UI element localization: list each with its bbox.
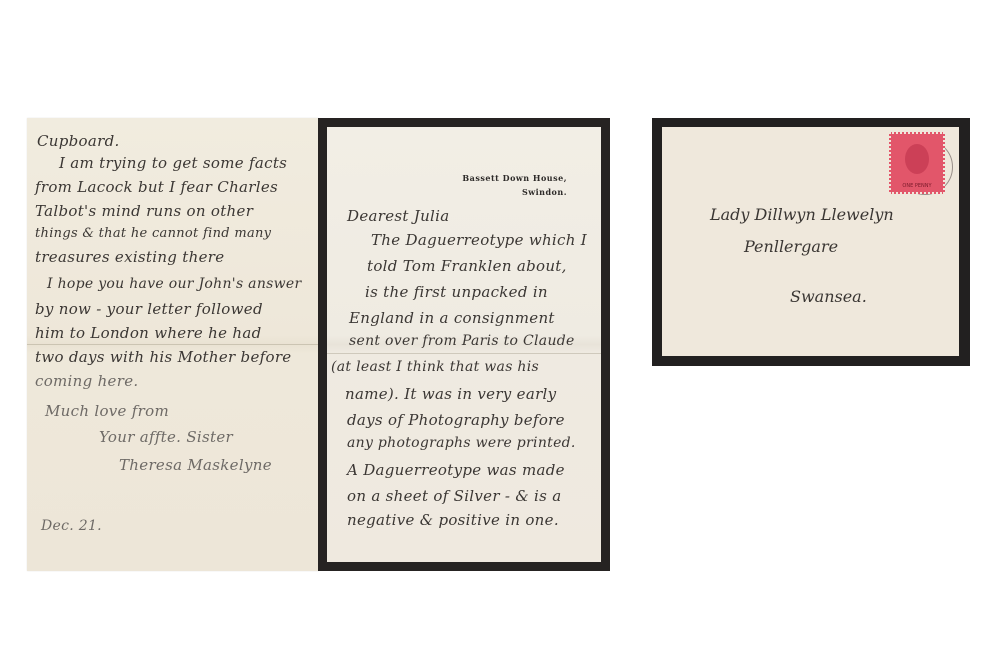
date-line: Dec. 21. (41, 518, 319, 534)
handwritten-line: is the first unpacked in (365, 283, 601, 301)
address-estate: Penllergare (744, 237, 838, 256)
handwritten-line: sent over from Paris to Claude (349, 333, 601, 349)
handwritten-line: (at least I think that was his (331, 359, 601, 375)
handwritten-line: coming here. (35, 372, 319, 390)
fold-crease (327, 353, 601, 354)
envelope-face: ONE PENNY Lady Dillwyn Llewelyn Penllerg… (662, 127, 959, 356)
handwritten-line: told Tom Franklen about, (367, 257, 601, 275)
closing-line: Your affte. Sister (99, 428, 319, 446)
letter-right-page: Bassett Down House, Swindon. Dearest Jul… (318, 118, 610, 571)
handwritten-line: things & that he cannot find many (35, 226, 319, 241)
handwritten-line: negative & positive in one. (347, 511, 601, 529)
stamp-value: ONE PENNY (891, 183, 943, 189)
handwritten-line: any photographs were printed. (347, 435, 601, 451)
letterhead-town: Swindon. (462, 185, 567, 199)
fold-crease (27, 344, 319, 345)
mourning-envelope: ONE PENNY Lady Dillwyn Llewelyn Penllerg… (652, 118, 970, 366)
handwritten-line: treasures existing there (35, 248, 319, 266)
stamp-portrait-icon (905, 144, 929, 174)
handwritten-line: him to London where he had (35, 324, 319, 342)
handwritten-line: Cupboard. (37, 132, 319, 150)
handwritten-line: days of Photography before (347, 411, 601, 429)
handwritten-line: I hope you have our John's answer (47, 276, 319, 292)
letter-left-page: Cupboard. I am trying to get some facts … (27, 118, 319, 571)
address-name: Lady Dillwyn Llewelyn (710, 205, 894, 224)
handwritten-line: two days with his Mother before (35, 348, 319, 366)
handwritten-line: by now - your letter followed (35, 300, 319, 318)
postage-stamp-icon: ONE PENNY (889, 132, 945, 194)
handwritten-line: Talbot's mind runs on other (35, 202, 319, 220)
letterhead-house: Bassett Down House, (462, 171, 567, 185)
signature: Theresa Maskelyne (119, 456, 319, 474)
handwritten-line: on a sheet of Silver - & is a (347, 487, 601, 505)
handwritten-line: name). It was in very early (345, 385, 601, 403)
handwritten-line: England in a consignment (349, 309, 601, 327)
salutation: Dearest Julia (347, 207, 601, 225)
closing-line: Much love from (45, 402, 319, 420)
handwritten-line: from Lacock but I fear Charles (35, 178, 319, 196)
letter-right-page-paper: Bassett Down House, Swindon. Dearest Jul… (327, 127, 601, 562)
handwritten-line: I am trying to get some facts (59, 154, 319, 172)
address-town: Swansea. (790, 287, 867, 306)
handwritten-line: The Daguerreotype which I (371, 231, 601, 249)
printed-letterhead: Bassett Down House, Swindon. (462, 171, 567, 199)
handwritten-line: A Daguerreotype was made (347, 461, 601, 479)
